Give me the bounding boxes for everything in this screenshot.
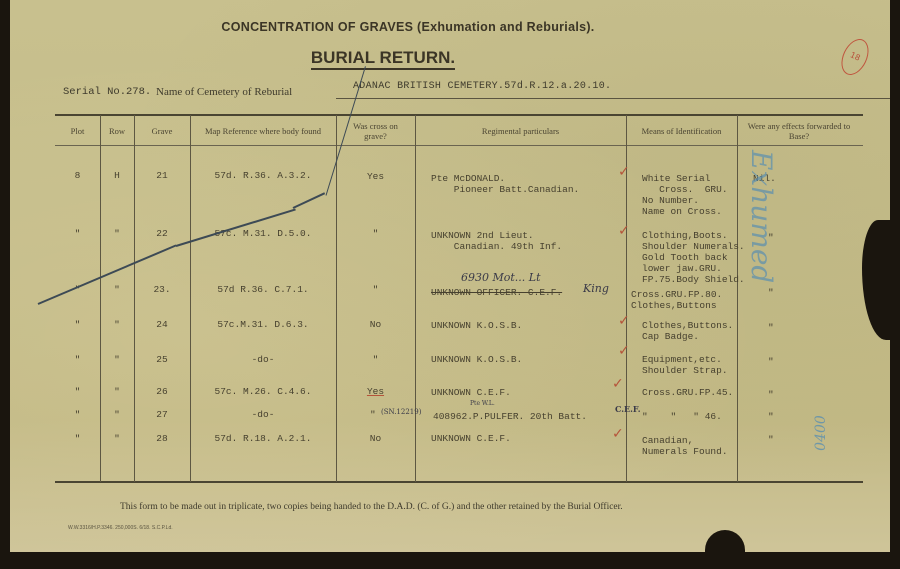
header-rule [55,145,863,146]
paper-crack [293,192,326,209]
cell-cross: " [370,409,376,420]
cemetery-value: ADANAC BRITISH CEMETERY.57d.R.12.a.20.10… [353,81,611,92]
margin-handwriting-number: 0400 [813,415,829,451]
cell-cross: No [336,319,415,330]
corner-red-text: 18 [849,50,862,62]
cell-regimental: UNKNOWN C.E.F. [431,433,511,444]
cell-regimental: UNKNOWN 2nd Lieut. Canadian. 49th Inf. [431,230,562,252]
cell-grave: 27 [134,409,190,420]
col-header-grave: Grave [134,126,190,136]
cell-effects: " [768,411,774,422]
footer-instruction: This form to be made out in triplicate, … [120,502,623,512]
handwritten-unit: C.E.F. [615,404,641,414]
cell-regimental: UNKNOWN K.O.S.B. [431,320,522,331]
cell-cross: " [336,284,415,295]
cell-row: " [100,319,134,330]
check-mark-icon: ✓ [618,164,630,180]
handwritten-annotation: 6930 Mot... Lt [461,271,541,284]
cell-identification: Clothes,Buttons. Cap Badge. [642,320,733,342]
cell-row: " [100,409,134,420]
form-title: BURIAL RETURN. [188,48,578,68]
cell-plot: " [55,386,100,397]
col-header-effects: Were any effects forwarded to Base? [740,121,858,141]
cell-effects: " [768,322,774,333]
cell-row: H [100,170,134,181]
cell-row: " [100,228,134,239]
serial-number: Serial No.278. [63,86,151,98]
col-divider [737,115,738,482]
cell-cross: Yes [336,386,415,397]
cell-map-ref: 57c.M.31. D.6.3. [190,319,336,330]
cell-cross: Yes [336,171,415,182]
cell-regimental: Pte McDONALD. Pioneer Batt.Canadian. [431,173,579,195]
cell-plot: 8 [55,170,100,181]
printer-code: W.W.3316/H.P.3346. 250,000S. 6/18. S.C.P… [68,525,173,531]
torn-edge [890,0,900,569]
cell-grave: 24 [134,319,190,330]
cell-effects: " [768,434,774,445]
cell-regimental: UNKNOWN K.O.S.B. [431,354,522,365]
check-mark-icon: ✓ [618,223,630,239]
cell-row: " [100,433,134,444]
cell-identification: " " " 46. [642,411,722,422]
cemetery-underline [336,98,891,99]
cell-map-ref: 57d. R.36. A.3.2. [190,170,336,181]
torn-edge [0,0,10,569]
cell-map-ref: 57c. M.26. C.4.6. [190,386,336,397]
cell-identification: Cross.GRU.FP.80. Clothes,Buttons [631,289,722,311]
cell-cross: " [336,354,415,365]
cell-map-ref: -do- [190,409,336,420]
check-mark-icon: ✓ [618,343,630,359]
cell-identification: Equipment,etc. Shoulder Strap. [642,354,728,376]
col-divider [415,115,416,482]
document-paper: CONCENTRATION OF GRAVES (Exhumation and … [8,0,892,560]
col-header-cross: Was cross on grave? [348,121,403,141]
cell-row: " [100,386,134,397]
check-mark-icon: ✓ [612,426,624,442]
cell-grave: 22 [134,228,190,239]
cell-row: " [100,284,134,295]
cell-identification: Cross.GRU.FP.45. [642,387,733,398]
cell-plot: " [55,409,100,420]
cell-grave: 23. [134,284,190,295]
cell-effects: " [768,389,774,400]
col-header-identification: Means of Identification [626,126,737,136]
cell-cross: " [336,228,415,239]
cell-map-ref: 57d. R.18. A.2.1. [190,433,336,444]
cell-cross: No [336,433,415,444]
cell-regimental: UNKNOWN OFFICER. C.E.F. [431,287,562,298]
torn-edge [0,552,900,569]
cell-identification: Canadian, Numerals Found. [642,435,728,457]
handwritten-service-number: (SN.12219) [381,408,421,416]
cell-effects: " [768,356,774,367]
col-header-plot: Plot [55,126,100,136]
cell-map-ref: 57d R.36. C.7.1. [190,284,336,295]
cell-identification: White Serial Cross. GRU. No Number. Name… [642,173,728,217]
table-bottom-rule [55,481,863,483]
corner-red-mark: 18 [836,35,874,80]
cell-regimental: 408962.P.PULFER. 20th Batt. [433,411,587,422]
cell-grave: 26 [134,386,190,397]
cell-map-ref: -do- [190,354,336,365]
check-mark-icon: ✓ [612,376,624,392]
handwritten-name: King [583,282,609,295]
col-header-map-reference: Map Reference where body found [190,126,336,136]
cell-identification: Clothing,Boots. Shoulder Numerals. Gold … [642,230,745,285]
cell-plot: " [55,228,100,239]
paper-crack [38,244,177,304]
cell-row: " [100,354,134,365]
cell-grave: 21 [134,170,190,181]
cell-plot: " [55,319,100,330]
handwritten-rank: Pte W.L. [470,400,495,407]
cell-plot: " [55,433,100,444]
cemetery-label: Name of Cemetery of Reburial [156,86,292,98]
form-header: CONCENTRATION OF GRAVES (Exhumation and … [8,20,808,34]
col-header-row: Row [100,126,134,136]
form-title-text: BURIAL RETURN. [311,48,455,70]
cell-grave: 28 [134,433,190,444]
margin-handwriting: Exhumed [745,150,778,283]
cell-effects: " [768,287,774,298]
table-top-rule [55,114,863,116]
cell-plot: " [55,354,100,365]
cell-regimental: UNKNOWN C.E.F. [431,387,511,398]
check-mark-icon: ✓ [618,313,630,329]
cell-grave: 25 [134,354,190,365]
col-header-regimental: Regimental particulars [415,126,626,136]
